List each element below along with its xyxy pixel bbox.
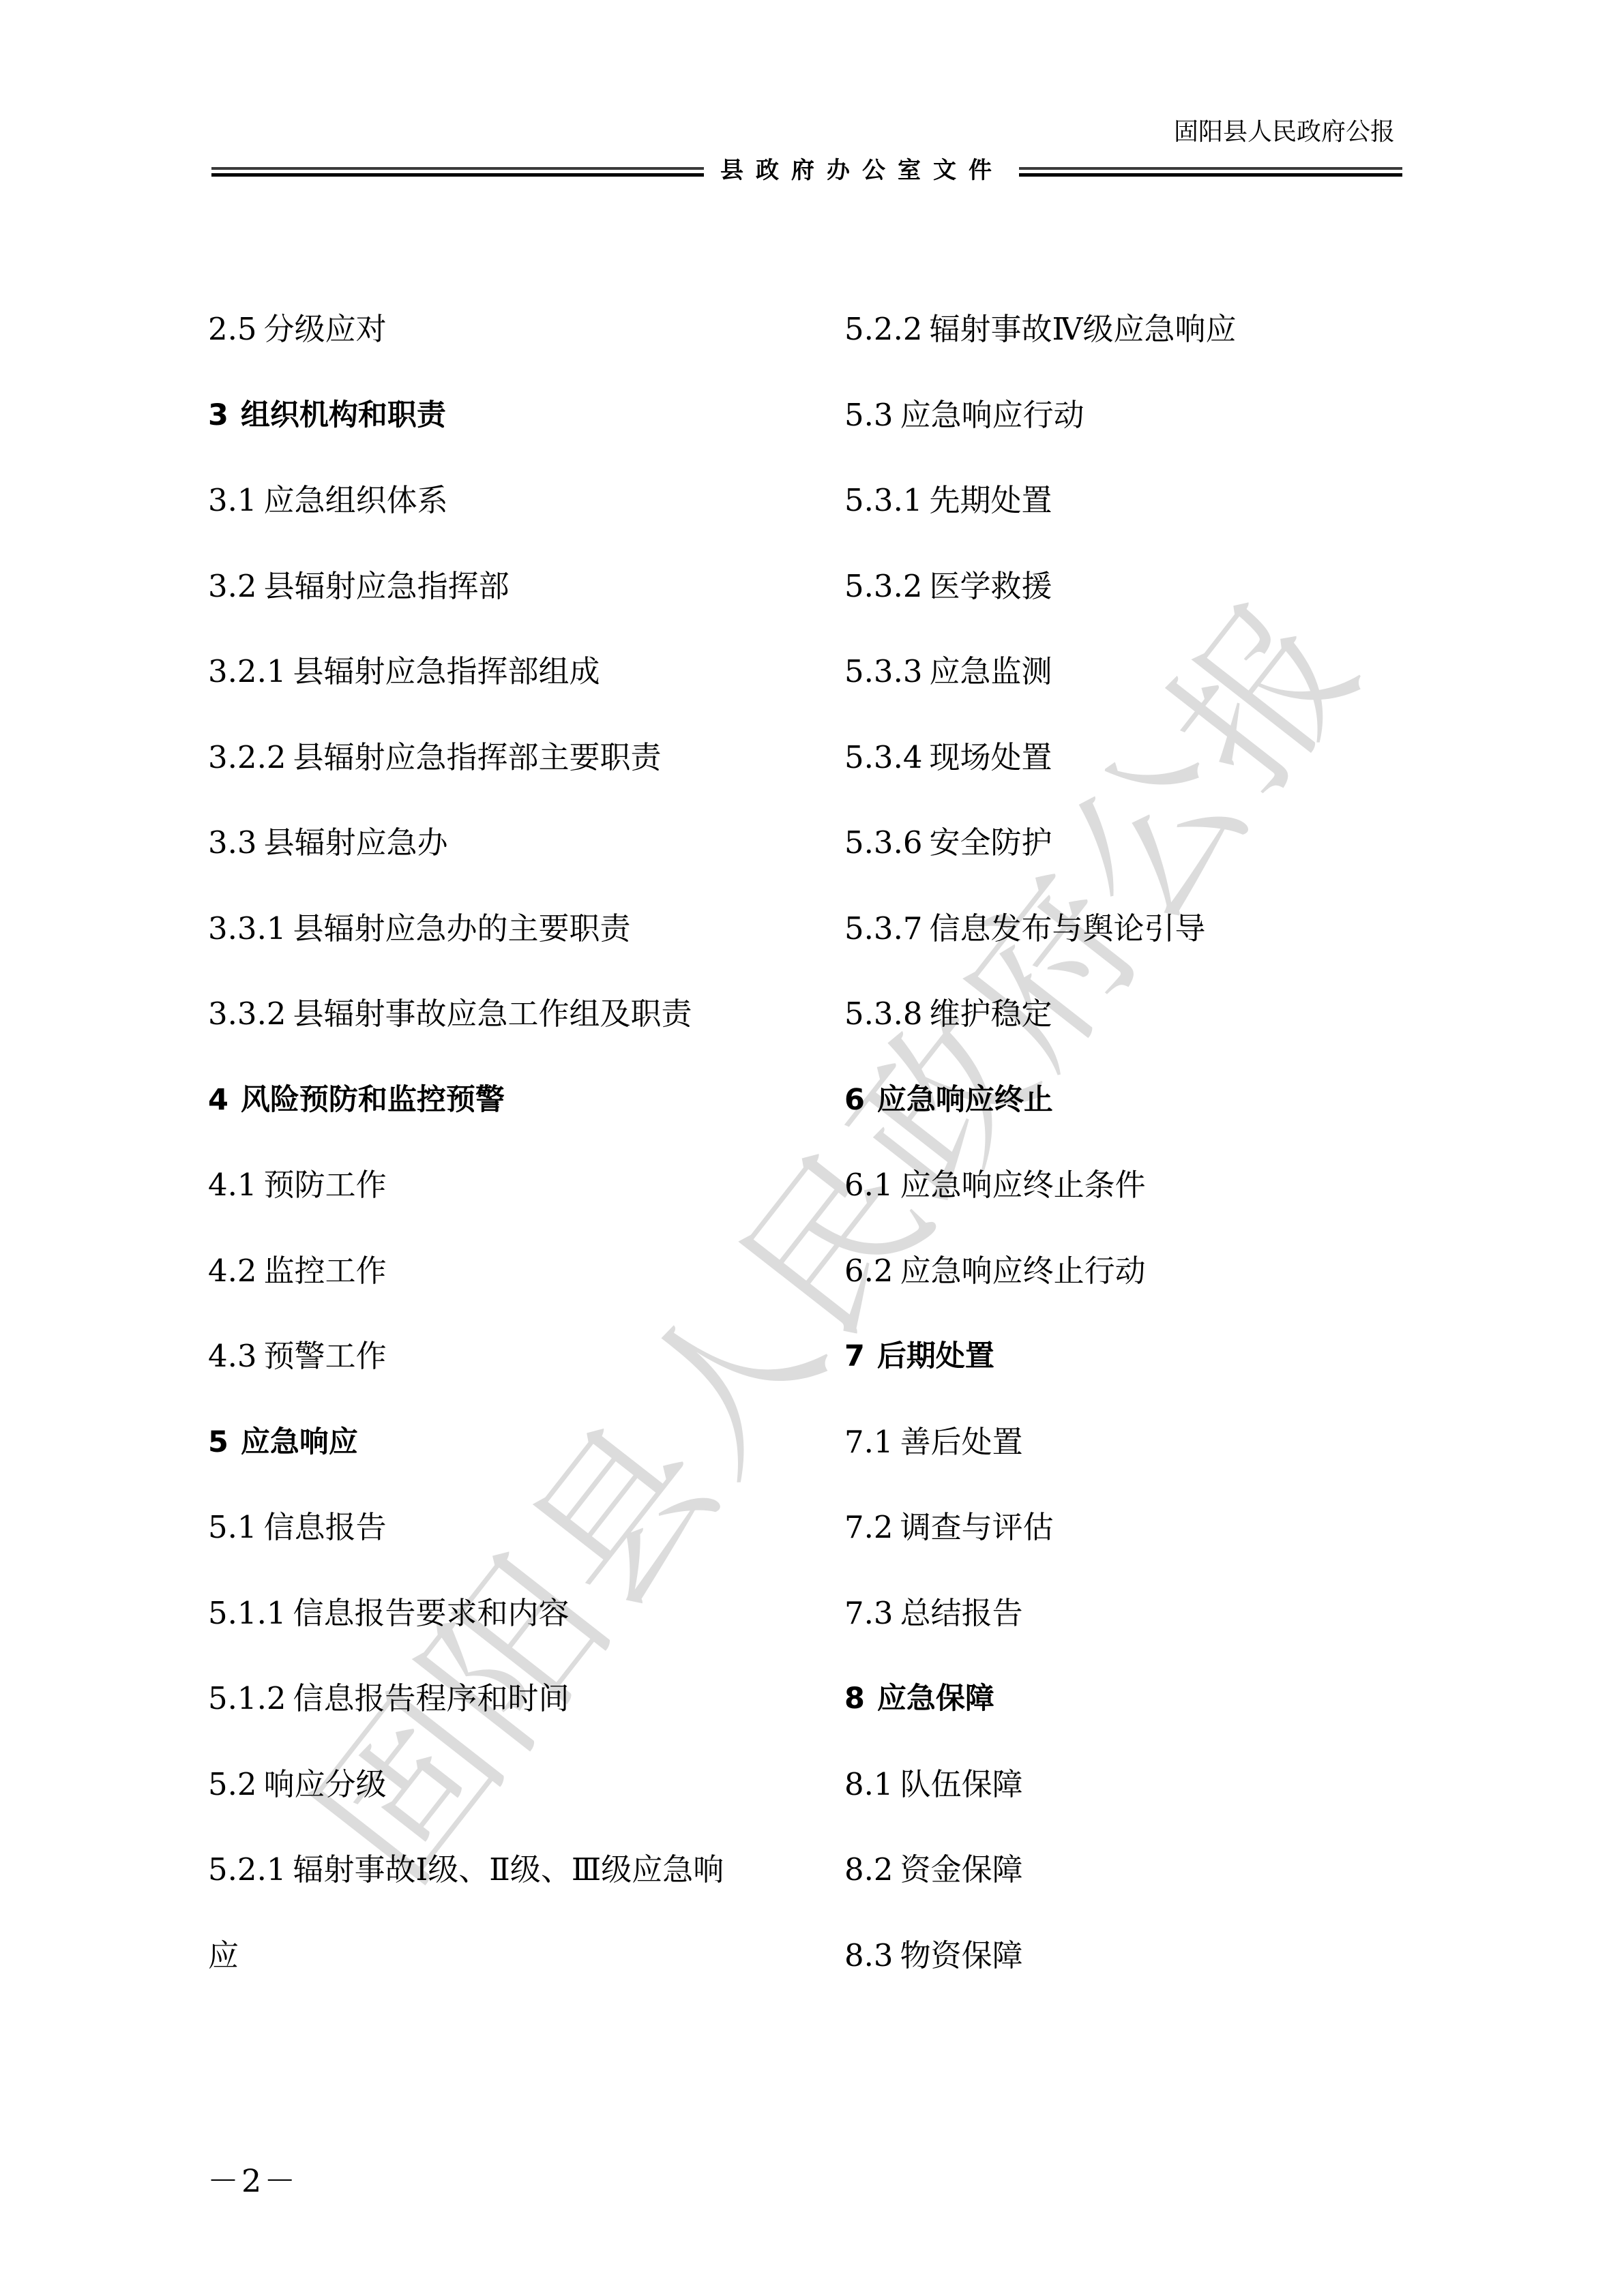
toc-item-number: 4.3	[208, 1338, 257, 1374]
toc-item-number: 5.2.2	[844, 311, 923, 347]
toc-item-title: 调查与评估	[900, 1509, 1054, 1545]
toc-item-title: 现场处置	[930, 739, 1052, 775]
toc-item-number: 6	[844, 1083, 865, 1117]
toc-item: 7.2调查与评估	[844, 1504, 1404, 1590]
toc-item-number: 3.2.1	[208, 653, 286, 689]
toc-item-title: 医学救援	[930, 568, 1052, 604]
toc-item-number: 3.3.1	[208, 910, 286, 946]
toc-item-title: 辐射事故Ⅳ级应急响应	[930, 311, 1237, 347]
toc-item: 应	[208, 1932, 808, 2018]
page-number: －2－	[207, 2160, 298, 2201]
toc-item-number: 8.2	[844, 1851, 894, 1888]
toc-item: 5.1信息报告	[208, 1504, 808, 1590]
toc-item-title: 监控工作	[264, 1253, 387, 1289]
toc-item: 8.3物资保障	[844, 1932, 1404, 2018]
gazette-title: 固阳县人民政府公报	[1174, 117, 1395, 147]
toc-item: 3.2.2县辐射应急指挥部主要职责	[208, 734, 808, 820]
toc-item: 3.3县辐射应急办	[208, 819, 808, 905]
toc-item-number: 3.3	[208, 824, 257, 861]
toc-item: 3.2县辐射应急指挥部	[208, 563, 808, 648]
toc-column-left: 2.5分级应对3组织机构和职责3.1应急组织体系3.2县辐射应急指挥部3.2.1…	[208, 305, 808, 2017]
toc-item-number: 5.2	[208, 1766, 257, 1802]
toc-item-title: 县辐射应急指挥部主要职责	[293, 739, 662, 775]
toc-item-title: 物资保障	[900, 1937, 1023, 1973]
toc-item-title: 后期处置	[877, 1339, 994, 1373]
toc-item-title: 组织机构和职责	[241, 398, 446, 432]
toc-item: 4.3预警工作	[208, 1332, 808, 1418]
toc-item-title: 应急响应	[241, 1425, 358, 1459]
toc-item-title: 预防工作	[264, 1167, 387, 1203]
toc-item-title: 风险预防和监控预警	[241, 1083, 505, 1117]
toc-item-number: 5.1.2	[208, 1680, 286, 1716]
toc-item-number: 5.3.2	[844, 568, 923, 604]
toc-item: 3.3.2县辐射事故应急工作组及职责	[208, 990, 808, 1076]
toc-item: 5.3.8维护稳定	[844, 990, 1404, 1076]
toc-item-number: 5.3.4	[844, 739, 923, 775]
toc-item-number: 7.1	[844, 1424, 894, 1460]
toc-item-number: 7.3	[844, 1595, 894, 1631]
toc-item-title: 辐射事故Ⅰ级、Ⅱ级、Ⅲ级应急响	[293, 1851, 724, 1888]
toc-item: 7.1善后处置	[844, 1418, 1404, 1504]
toc-item: 5.3.6安全防护	[844, 819, 1404, 905]
toc-item: 5.1.2信息报告程序和时间	[208, 1675, 808, 1761]
toc-item-number: 2.5	[208, 311, 257, 347]
toc-item: 8.1队伍保障	[844, 1761, 1404, 1847]
toc-item-number: 8.3	[844, 1937, 894, 1973]
toc-item-title: 应急保障	[877, 1682, 994, 1716]
document-page: 固阳县人民政府公报 县政府办公室文件 固阳县人民政府公报 2.5分级应对3组织机…	[0, 0, 1624, 2296]
toc-item-title: 应急响应终止行动	[900, 1253, 1146, 1289]
toc-item-title: 总结报告	[900, 1595, 1023, 1631]
toc-item-number: 3.3.2	[208, 996, 286, 1032]
toc-item-title: 预警工作	[264, 1338, 387, 1374]
toc-item-title: 县辐射事故应急工作组及职责	[293, 996, 692, 1032]
toc-item: 5.3.3应急监测	[844, 648, 1404, 734]
toc-item-number: 5.3.8	[844, 996, 923, 1032]
toc-item-title: 先期处置	[930, 482, 1052, 518]
toc-item-number: 5.3.1	[844, 482, 923, 518]
toc-item: 5.3.4现场处置	[844, 734, 1404, 820]
toc-item-number: 4.2	[208, 1253, 257, 1289]
toc-item: 5.2.2辐射事故Ⅳ级应急响应	[844, 305, 1404, 391]
toc-item-title: 县辐射应急指挥部组成	[293, 653, 600, 689]
toc-item-number: 3.2.2	[208, 739, 286, 775]
rule-line-thin	[1019, 167, 1402, 170]
toc-item-number: 8	[844, 1682, 865, 1716]
toc-item-title: 应急监测	[930, 653, 1052, 689]
toc-item-number: 7	[844, 1339, 865, 1373]
toc-section-heading: 3组织机构和职责	[208, 391, 808, 477]
toc-item-title: 队伍保障	[900, 1766, 1023, 1802]
toc-item-number: 5.2.1	[208, 1851, 286, 1888]
toc-item-title: 资金保障	[900, 1851, 1023, 1888]
toc-item-title: 县辐射应急指挥部	[264, 568, 510, 604]
toc-item-title: 应	[208, 1937, 239, 1973]
toc-item-title: 善后处置	[900, 1424, 1023, 1460]
toc-item-number: 3	[208, 398, 228, 432]
toc-item-number: 5.3.6	[844, 824, 923, 861]
toc-item: 4.2监控工作	[208, 1247, 808, 1333]
toc-item: 3.1应急组织体系	[208, 477, 808, 563]
toc-item-number: 5	[208, 1425, 228, 1459]
toc-item: 6.2应急响应终止行动	[844, 1247, 1404, 1333]
toc-item: 5.2.1辐射事故Ⅰ级、Ⅱ级、Ⅲ级应急响	[208, 1846, 808, 1932]
toc-item: 5.2响应分级	[208, 1761, 808, 1847]
toc-item-number: 7.2	[844, 1509, 894, 1545]
toc-item-title: 应急响应终止条件	[900, 1167, 1146, 1203]
toc-item: 6.1应急响应终止条件	[844, 1161, 1404, 1247]
office-document-label: 县政府办公室文件	[718, 154, 1007, 187]
rule-line-thin	[211, 167, 704, 170]
toc-item: 2.5分级应对	[208, 305, 808, 391]
toc-item: 4.1预防工作	[208, 1161, 808, 1247]
toc-item-number: 4.1	[208, 1167, 257, 1203]
toc-section-heading: 4风险预防和监控预警	[208, 1076, 808, 1162]
toc-item-title: 响应分级	[264, 1766, 387, 1802]
toc-item-title: 应急响应终止	[877, 1083, 1053, 1117]
header-rule-right	[1019, 167, 1402, 177]
toc-item-number: 6.2	[844, 1253, 894, 1289]
toc-item-title: 安全防护	[930, 824, 1052, 861]
toc-item-title: 分级应对	[264, 311, 387, 347]
toc-item-number: 6.1	[844, 1167, 894, 1203]
toc-item-number: 5.3.7	[844, 910, 923, 946]
toc-item-title: 县辐射应急办	[264, 824, 448, 861]
toc-column-right: 5.2.2辐射事故Ⅳ级应急响应5.3应急响应行动5.3.1先期处置5.3.2医学…	[844, 305, 1404, 2017]
toc-item-number: 5.3	[844, 397, 894, 433]
toc-item-number: 3.1	[208, 482, 257, 518]
toc-item-number: 5.3.3	[844, 653, 923, 689]
toc-item-title: 信息报告程序和时间	[293, 1680, 570, 1716]
toc-item: 5.3.7信息发布与舆论引导	[844, 905, 1404, 991]
toc-item-title: 县辐射应急办的主要职责	[293, 910, 631, 946]
toc-item-title: 信息报告要求和内容	[293, 1595, 570, 1631]
toc-item-title: 信息报告	[264, 1509, 387, 1545]
toc-section-heading: 7后期处置	[844, 1332, 1404, 1418]
rule-line-thick	[1019, 173, 1402, 177]
toc-section-heading: 5应急响应	[208, 1418, 808, 1504]
toc-item: 3.3.1县辐射应急办的主要职责	[208, 905, 808, 991]
header-rule-left	[211, 167, 704, 177]
toc-item-number: 5.1	[208, 1509, 257, 1545]
toc-item: 5.3.2医学救援	[844, 563, 1404, 648]
toc-item-number: 8.1	[844, 1766, 894, 1802]
toc-item: 8.2资金保障	[844, 1846, 1404, 1932]
toc-item: 5.1.1信息报告要求和内容	[208, 1590, 808, 1675]
toc-item-number: 3.2	[208, 568, 257, 604]
toc-item-title: 应急响应行动	[900, 397, 1084, 433]
toc-item-number: 5.1.1	[208, 1595, 286, 1631]
toc-section-heading: 6应急响应终止	[844, 1076, 1404, 1162]
toc-section-heading: 8应急保障	[844, 1675, 1404, 1761]
toc-item: 7.3总结报告	[844, 1590, 1404, 1675]
toc-item: 3.2.1县辐射应急指挥部组成	[208, 648, 808, 734]
toc-item-number: 4	[208, 1083, 228, 1117]
toc-item-title: 信息发布与舆论引导	[930, 910, 1206, 946]
rule-line-thick	[211, 173, 704, 177]
toc-item-title: 应急组织体系	[264, 482, 448, 518]
toc-item: 5.3.1先期处置	[844, 477, 1404, 563]
toc-item-title: 维护稳定	[930, 996, 1052, 1032]
toc-item: 5.3应急响应行动	[844, 391, 1404, 477]
